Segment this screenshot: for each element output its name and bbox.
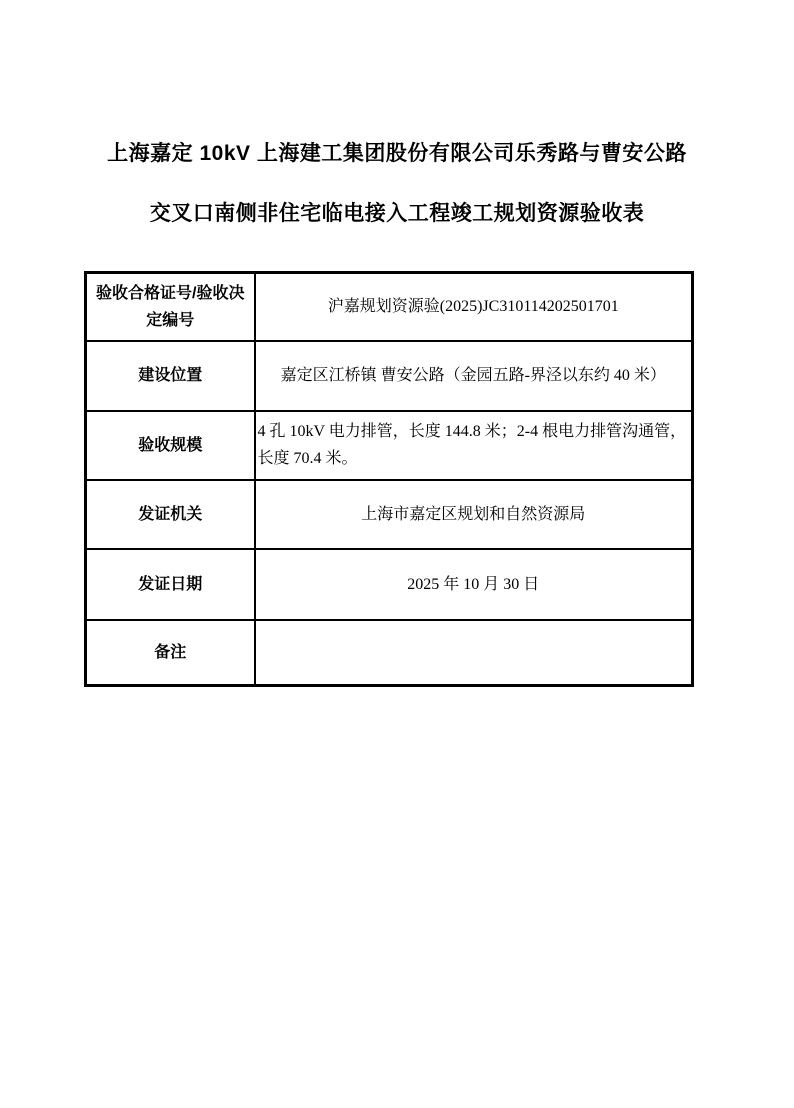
document-title-line-2: 交叉口南侧非住宅临电接入工程竣工规划资源验收表 [0, 201, 794, 227]
table-row-construction-location: 建设位置 嘉定区江桥镇 曹安公路（金园五路-界泾以东约 40 米） [86, 341, 693, 411]
row-value: 嘉定区江桥镇 曹安公路（金园五路-界泾以东约 40 米） [255, 341, 693, 411]
row-value: 沪嘉规划资源验(2025)JC310114202501701 [255, 273, 693, 341]
row-value: 2025 年 10 月 30 日 [255, 549, 693, 620]
row-value [255, 620, 693, 686]
row-label: 备注 [86, 620, 255, 686]
row-label: 验收合格证号/验收决定编号 [86, 273, 255, 341]
table-row-remarks: 备注 [86, 620, 693, 686]
table-row-certificate-number: 验收合格证号/验收决定编号 沪嘉规划资源验(2025)JC31011420250… [86, 273, 693, 341]
table-row-acceptance-scale: 验收规模 4 孔 10kV 电力排管，长度 144.8 米；2-4 根电力排管沟… [86, 411, 693, 480]
row-label: 发证机关 [86, 480, 255, 549]
document-page: 上海嘉定 10kV 上海建工集团股份有限公司乐秀路与曹安公路 交叉口南侧非住宅临… [0, 0, 794, 1108]
row-label: 验收规模 [86, 411, 255, 480]
row-label: 建设位置 [86, 341, 255, 411]
table-row-issue-date: 发证日期 2025 年 10 月 30 日 [86, 549, 693, 620]
row-label: 发证日期 [86, 549, 255, 620]
table-row-issuing-authority: 发证机关 上海市嘉定区规划和自然资源局 [86, 480, 693, 549]
document-title-line-1: 上海嘉定 10kV 上海建工集团股份有限公司乐秀路与曹安公路 [0, 141, 794, 167]
row-value: 上海市嘉定区规划和自然资源局 [255, 480, 693, 549]
row-value: 4 孔 10kV 电力排管，长度 144.8 米；2-4 根电力排管沟通管，长度… [255, 411, 693, 480]
acceptance-certificate-table: 验收合格证号/验收决定编号 沪嘉规划资源验(2025)JC31011420250… [84, 271, 694, 687]
